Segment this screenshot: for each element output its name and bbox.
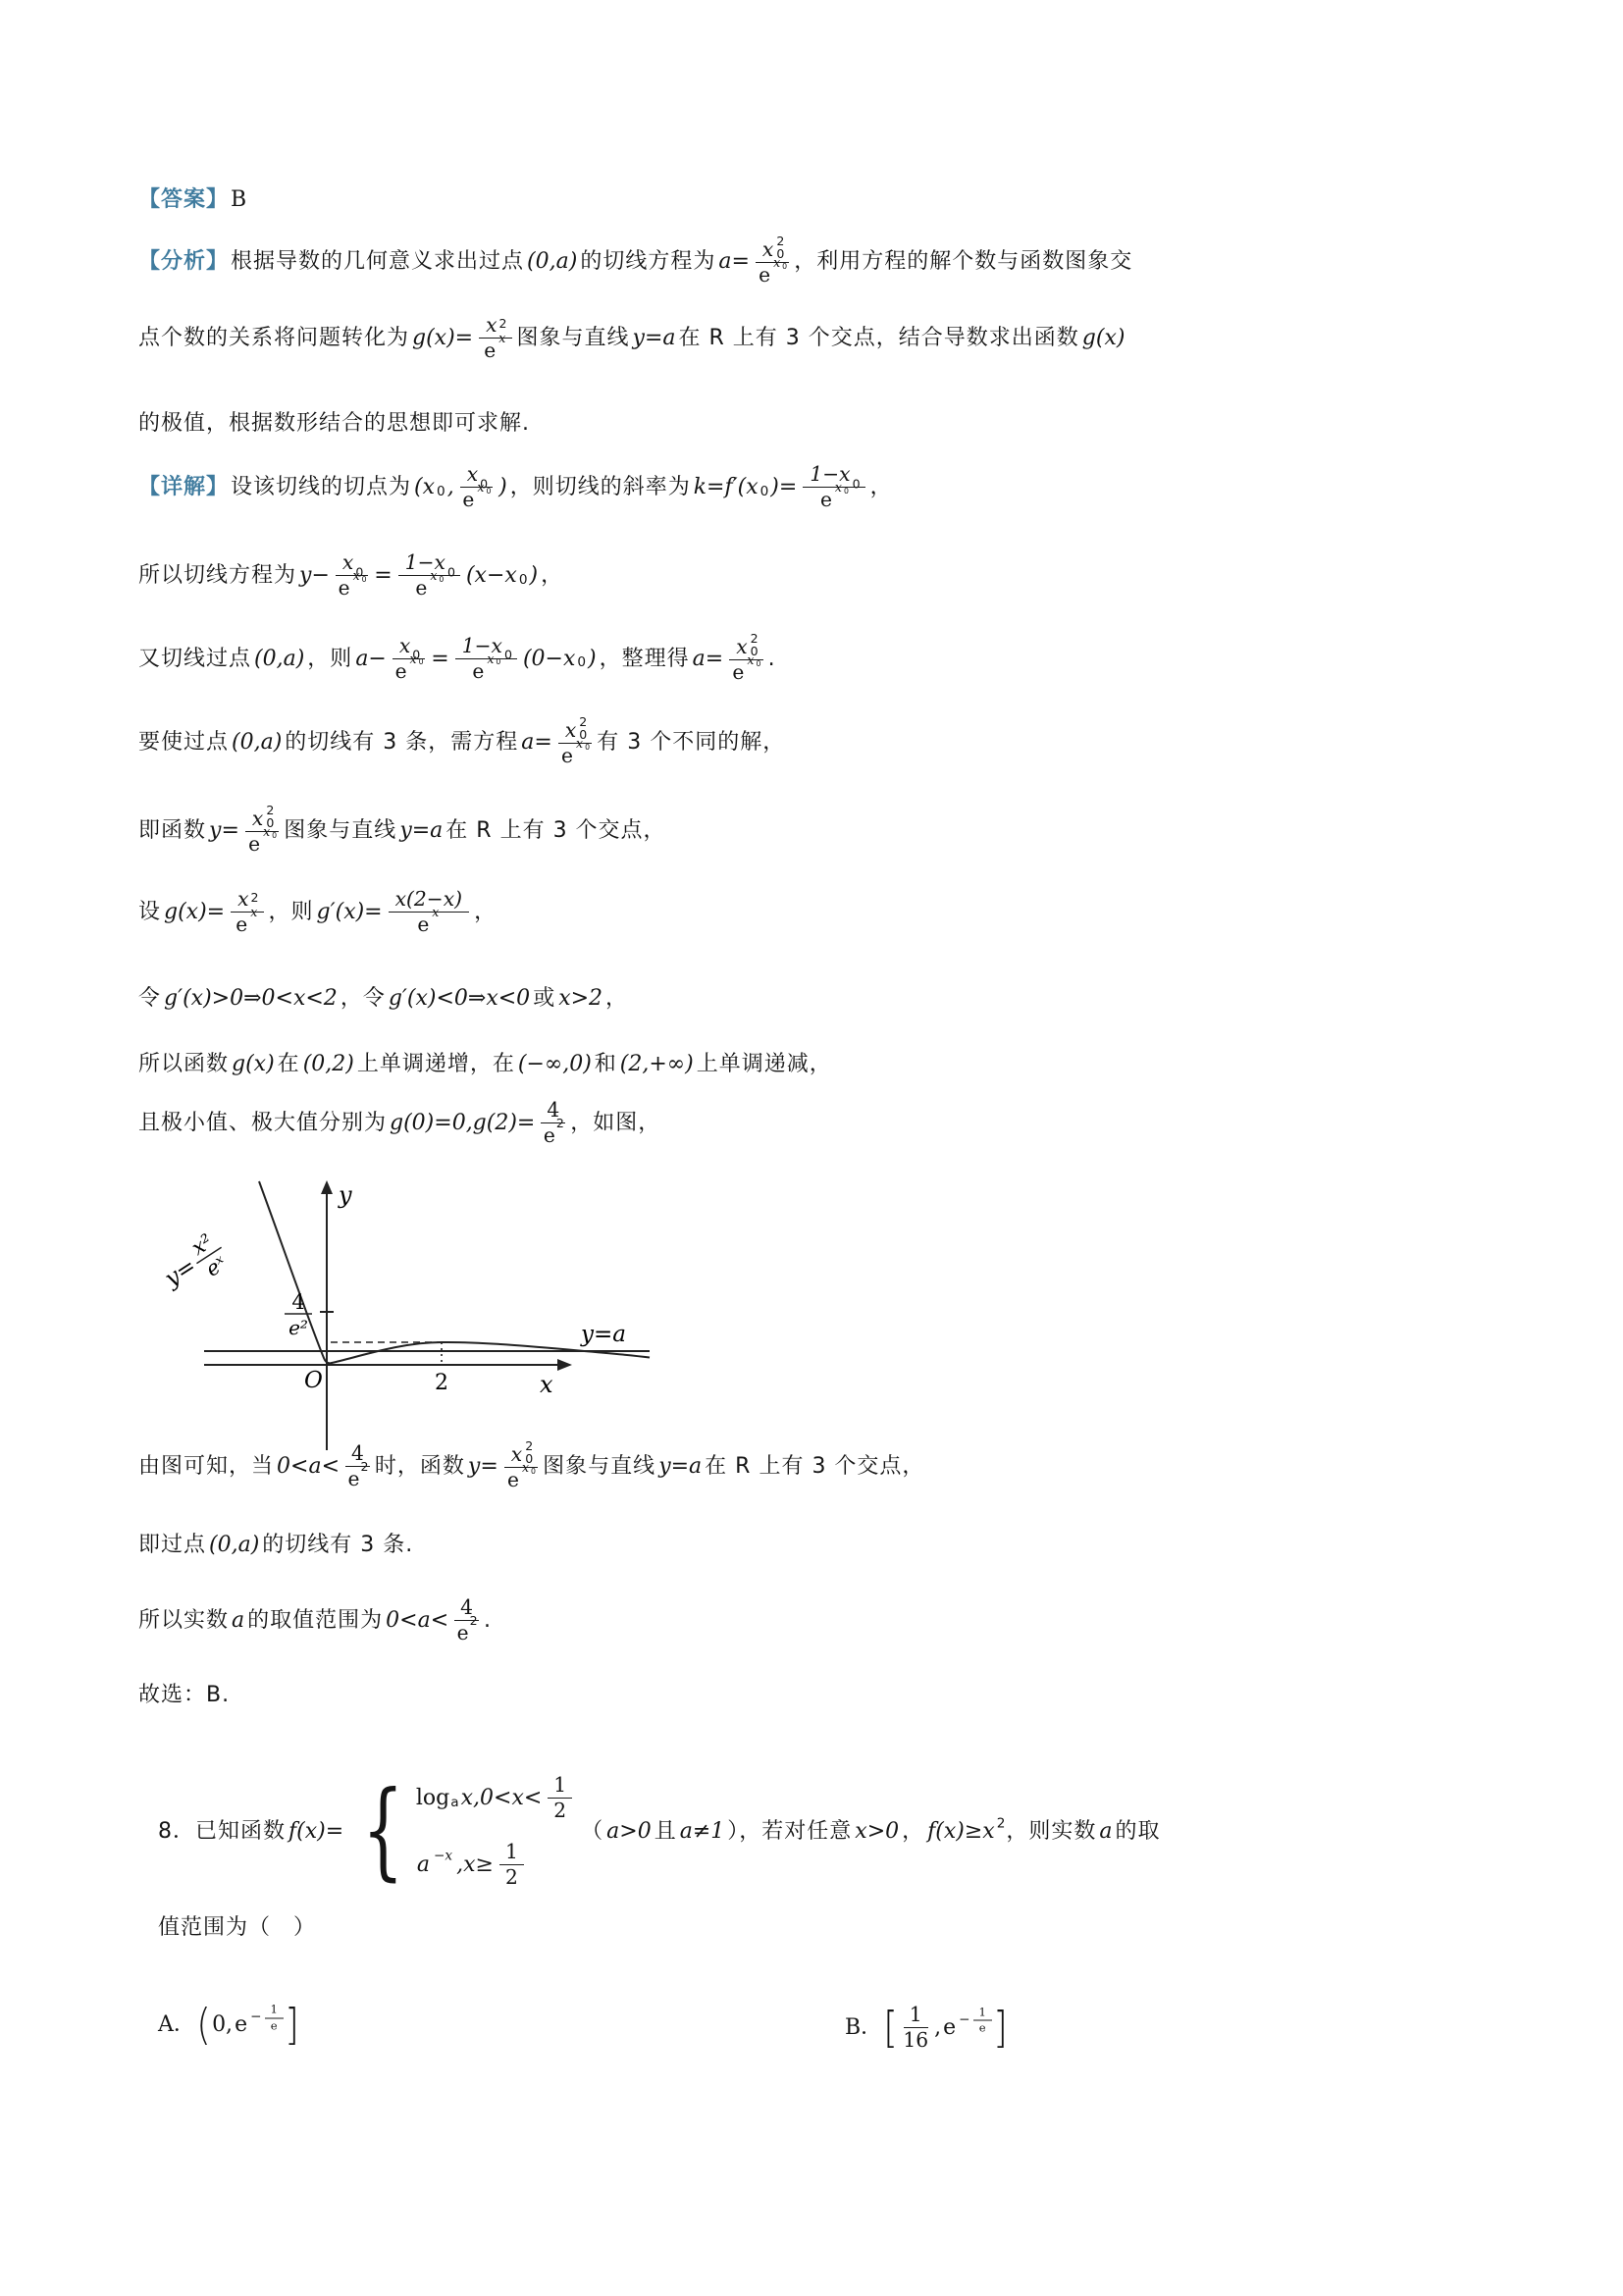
conclusion-line-4: 故选：B.: [137, 1682, 231, 1709]
detail-line-7: 令g′(x)>0⇒0<x<2，令g′(x)<0⇒x<0或x>2，: [137, 985, 629, 1013]
question-8-line-1: 8．已知函数f(x)={logax,0<x<12a−x,x≥12（a>0且a≠1…: [157, 1774, 1162, 1889]
detail-line-6: 设g(x)=x2ex，则g′(x)=x(2−x)ex，: [137, 888, 497, 937]
analysis-line-2: 点个数的关系将问题转化为g(x)=x2ex图象与直线y=a在 R 上有 3 个交…: [137, 314, 1126, 363]
origin-label: O: [304, 1368, 323, 1393]
conclusion-line-1: 由图可知，当0<a<4e2时，函数y=x20ex0图象与直线y=a在 R 上有 …: [137, 1440, 925, 1492]
analysis-line-1: 【分析】根据导数的几何意义求出过点(0,a)的切线方程为a=x20ex0，利用方…: [137, 235, 1133, 287]
analysis-line-3: 的极值，根据数形结合的思想即可求解.: [137, 410, 531, 438]
detail-line-4: 要使过点(0,a)的切线有 3 条，需方程a=x20ex0有 3 个不同的解，: [137, 716, 786, 768]
detail-line-2: 所以切线方程为y−x0ex0=1−x0ex0(x−x0)，: [137, 551, 564, 600]
conclusion-line-3: 所以实数a的取值范围为0<a<4e2.: [137, 1596, 493, 1645]
x-tick-label: 2: [435, 1371, 448, 1395]
option-b: B．[116,e−1e]: [844, 2004, 1008, 2053]
conclusion-line-2: 即过点(0,a)的切线有 3 条.: [137, 1532, 414, 1559]
detail-line-9: 且极小值、极大值分别为g(0)=0,g(2)=4e2，如图，: [137, 1099, 661, 1148]
question-8-line-2: 值范围为（ ）: [157, 1914, 317, 1942]
detail-line-3: 又切线过点(0,a)，则a−x0ex0=1−x0ex0(0−x0)，整理得a=x…: [137, 633, 777, 685]
detail-line-5: 即函数y=x20ex0图象与直线y=a在 R 上有 3 个交点，: [137, 805, 667, 857]
y-axis-arrow: [321, 1180, 333, 1194]
answer-line: 【答案】B: [137, 186, 247, 214]
x-axis-arrow: [557, 1359, 572, 1371]
curve-equation-label: y= x² eˣ: [154, 1226, 236, 1303]
x-axis-label: x: [540, 1371, 553, 1398]
hline-label: y=a: [580, 1322, 626, 1347]
svg-text:4: 4: [291, 1290, 304, 1314]
option-a: A．(0,e−1e]: [157, 2004, 299, 2047]
function-graph: y x O 2 y=a 4 e² y= x² eˣ: [137, 1177, 667, 1462]
y-axis-label: y: [338, 1181, 352, 1209]
detail-line-8: 所以函数g(x)在(0,2)上单调递增，在(−∞,0)和(2,+∞)上单调递减，: [137, 1051, 833, 1078]
svg-text:e²: e²: [288, 1316, 308, 1339]
page: 【答案】B 【分析】根据导数的几何意义求出过点(0,a)的切线方程为a=x20e…: [0, 0, 1623, 2296]
detail-line-1: 【详解】设该切线的切点为(x0,x0ex0)，则切线的斜率为k=f′(x0)=1…: [137, 463, 894, 512]
svg-text:y=: y=: [160, 1253, 201, 1292]
